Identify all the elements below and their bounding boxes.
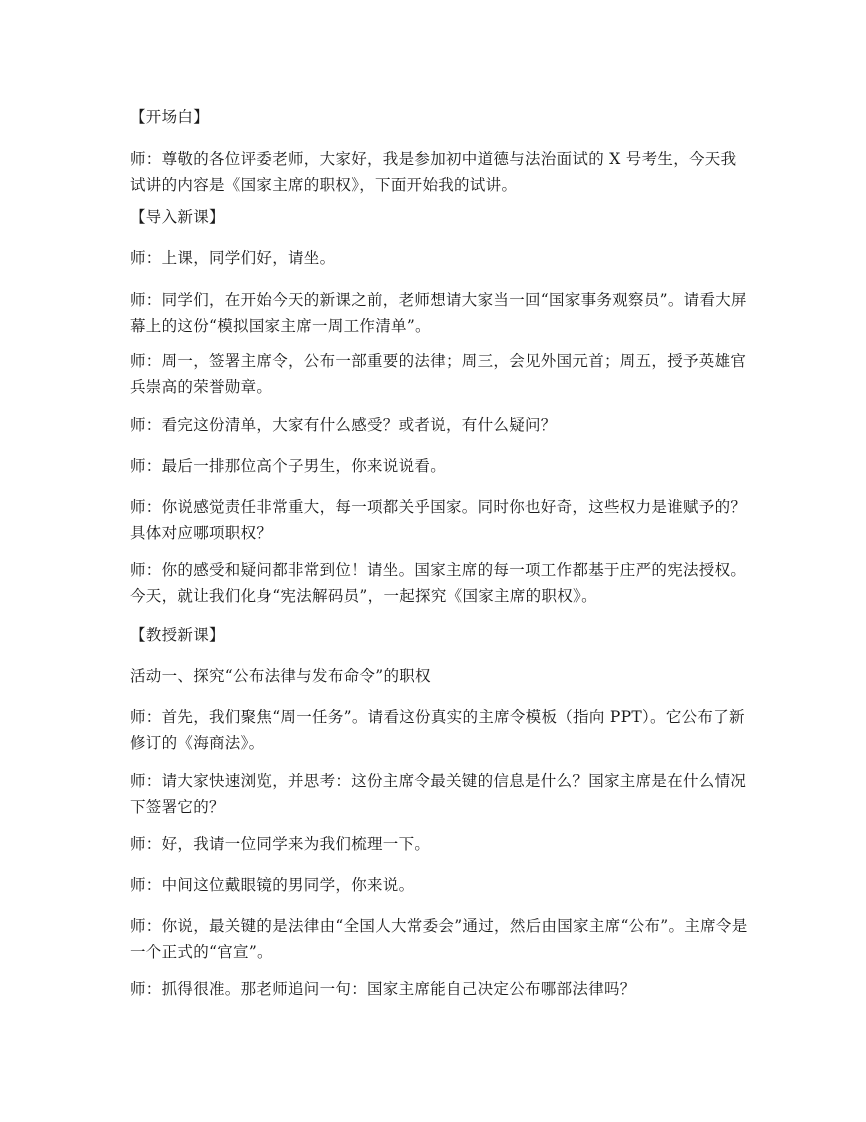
paragraph: 师：抓得很准。那老师追问一句：国家主席能自己决定公布哪部法律吗？: [130, 976, 750, 1002]
paragraph: 师：看完这份清单，大家有什么感受？或者说，有什么疑问？: [130, 412, 750, 438]
paragraph: 师：你说感觉责任非常重大，每一项都关乎国家。同时你也好奇，这些权力是谁赋予的？具…: [130, 494, 750, 546]
paragraph: 师：好，我请一位同学来为我们梳理一下。: [130, 831, 750, 857]
section-heading-intro: 【导入新课】: [130, 204, 750, 230]
paragraph: 师：你的感受和疑问都非常到位！请坐。国家主席的每一项工作都基于庄严的宪法授权。今…: [130, 557, 750, 609]
paragraph: 师：你说，最关键的是法律由“全国人大常委会”通过，然后由国家主席“公布”。主席令…: [130, 913, 750, 965]
paragraph: 师：尊敬的各位评委老师，大家好，我是参加初中道德与法治面试的 X 号考生，今天我…: [130, 146, 750, 198]
paragraph: 师：周一，签署主席令，公布一部重要的法律；周三，会见外国元首；周五，授予英雄官兵…: [130, 348, 750, 400]
activity-title: 活动一、探究“公布法律与发布命令”的职权: [130, 663, 750, 689]
paragraph: 师：最后一排那位高个子男生，你来说说看。: [130, 453, 750, 479]
paragraph: 师：首先，我们聚焦“周一任务”。请看这份真实的主席令模板（指向 PPT）。它公布…: [130, 704, 750, 756]
section-heading-opening: 【开场白】: [130, 104, 750, 130]
paragraph: 师：中间这位戴眼镜的男同学，你来说。: [130, 872, 750, 898]
paragraph: 师：请大家快速浏览，并思考：这份主席令最关键的信息是什么？国家主席是在什么情况下…: [130, 768, 750, 820]
section-heading-teaching: 【教授新课】: [130, 622, 750, 648]
paragraph: 师：同学们，在开始今天的新课之前，老师想请大家当一回“国家事务观察员”。请看大屏…: [130, 287, 750, 339]
paragraph: 师：上课，同学们好，请坐。: [130, 245, 750, 271]
